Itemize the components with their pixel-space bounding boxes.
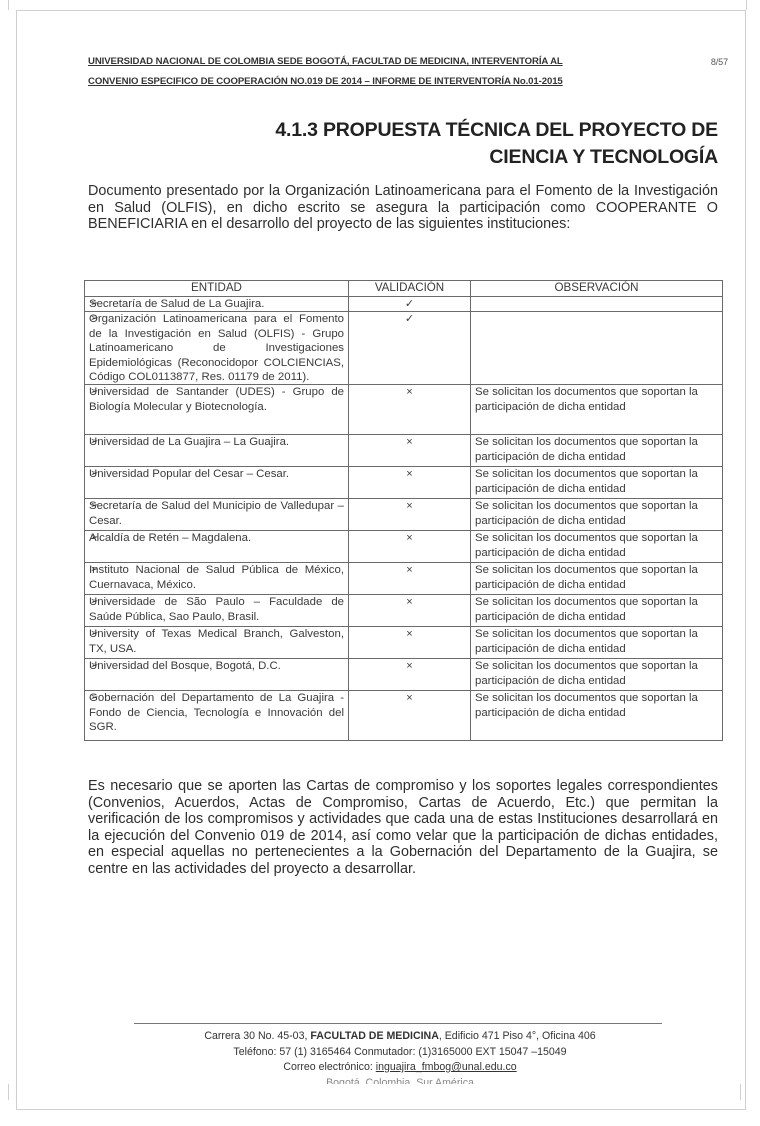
- arrow-bullet-icon: ➢: [90, 312, 98, 326]
- cross-icon: ×: [349, 563, 471, 595]
- cell-entidad: ➢Universidad del Bosque, Bogotá, D.C.: [85, 659, 349, 691]
- arrow-bullet-icon: ➢: [90, 435, 98, 449]
- column-header-entidad: ENTIDAD: [85, 281, 349, 297]
- cross-icon: ×: [349, 435, 471, 467]
- table-row: ➢Organización Latinoamericana para el Fo…: [85, 312, 723, 385]
- footer-city: Bogotá, Colombia, Sur América: [100, 1076, 700, 1084]
- section-title: 4.1.3 PROPUESTA TÉCNICA DEL PROYECTO DE …: [118, 117, 718, 171]
- entidad-text: Instituto Nacional de Salud Pública de M…: [89, 564, 344, 590]
- header-line-1: UNIVERSIDAD NACIONAL DE COLOMBIA SEDE BO…: [88, 52, 728, 72]
- cross-icon: ×: [349, 467, 471, 499]
- table-row: ➢Instituto Nacional de Salud Pública de …: [85, 563, 723, 595]
- header-line-2: CONVENIO ESPECIFICO DE COOPERACIÓN NO.01…: [88, 72, 728, 92]
- cell-observacion: Se solicitan los documentos que soportan…: [471, 595, 723, 627]
- cell-observacion: Se solicitan los documentos que soportan…: [471, 385, 723, 435]
- footer-email-line: Correo electrónico: inguajira_fmbog@unal…: [100, 1060, 700, 1076]
- checkmark-icon: ✓: [349, 297, 471, 312]
- column-header-validacion: VALIDACIÓN: [349, 281, 471, 297]
- checkmark-icon: ✓: [349, 312, 471, 385]
- cell-observacion: Se solicitan los documentos que soportan…: [471, 435, 723, 467]
- table-row: ➢Universidade de São Paulo – Faculdade d…: [85, 595, 723, 627]
- section-title-line-2: CIENCIA Y TECNOLOGÍA: [118, 144, 718, 171]
- cell-observacion: Se solicitan los documentos que soportan…: [471, 627, 723, 659]
- entidad-text: Universidad de La Guajira – La Guajira.: [89, 436, 289, 448]
- crop-mark-bottom-right: [740, 1084, 741, 1100]
- cell-entidad: ➢Alcaldía de Retén – Magdalena.: [85, 531, 349, 563]
- cross-icon: ×: [349, 499, 471, 531]
- cell-observacion: Se solicitan los documentos que soportan…: [471, 563, 723, 595]
- address-building: , Edificio 471 Piso 4°, Oficina 406: [439, 1030, 596, 1042]
- footer-address: Carrera 30 No. 45-03, FACULTAD DE MEDICI…: [100, 1029, 700, 1045]
- table-row: ➢Universidad del Bosque, Bogotá, D.C.×Se…: [85, 659, 723, 691]
- table-row: ➢Secretaría de Salud del Municipio de Va…: [85, 499, 723, 531]
- cell-observacion: [471, 312, 723, 385]
- cell-entidad: ➢Universidade de São Paulo – Faculdade d…: [85, 595, 349, 627]
- table-row: ➢Gobernación del Departamento de La Guaj…: [85, 691, 723, 741]
- crop-mark-top-left: [8, 0, 9, 10]
- footer-phone: Teléfono: 57 (1) 3165464 Conmutador: (1)…: [100, 1045, 700, 1061]
- table-row: ➢Universidad de Santander (UDES) - Grupo…: [85, 385, 723, 435]
- cross-icon: ×: [349, 659, 471, 691]
- entidad-text: Universidad del Bosque, Bogotá, D.C.: [89, 660, 281, 672]
- arrow-bullet-icon: ➢: [90, 627, 98, 641]
- entidad-text: Secretaría de Salud de La Guajira.: [89, 298, 264, 310]
- email-link[interactable]: inguajira_fmbog@unal.edu.co: [376, 1061, 517, 1073]
- entidad-text: University of Texas Medical Branch, Galv…: [89, 628, 344, 654]
- cell-entidad: ➢Secretaría de Salud del Municipio de Va…: [85, 499, 349, 531]
- entidad-text: Universidade de São Paulo – Faculdade de…: [89, 596, 344, 622]
- column-header-observacion: OBSERVACIÓN: [471, 281, 723, 297]
- entities-table: ENTIDAD VALIDACIÓN OBSERVACIÓN ➢Secretar…: [84, 280, 723, 741]
- faculty-name: FACULTAD DE MEDICINA: [310, 1030, 439, 1042]
- intro-paragraph: Documento presentado por la Organización…: [88, 183, 718, 233]
- cell-observacion: Se solicitan los documentos que soportan…: [471, 499, 723, 531]
- table-row: ➢Alcaldía de Retén – Magdalena.×Se solic…: [85, 531, 723, 563]
- cell-entidad: ➢Universidad Popular del Cesar – Cesar.: [85, 467, 349, 499]
- arrow-bullet-icon: ➢: [90, 659, 98, 673]
- cell-observacion: Se solicitan los documentos que soportan…: [471, 467, 723, 499]
- arrow-bullet-icon: ➢: [90, 691, 98, 705]
- closing-paragraph: Es necesario que se aporten las Cartas d…: [88, 778, 718, 878]
- crop-mark-top-right: [746, 0, 747, 10]
- arrow-bullet-icon: ➢: [90, 385, 98, 399]
- entidad-text: Organización Latinoamericana para el Fom…: [89, 313, 344, 383]
- cross-icon: ×: [349, 691, 471, 741]
- cell-entidad: ➢Gobernación del Departamento de La Guaj…: [85, 691, 349, 741]
- cell-observacion: Se solicitan los documentos que soportan…: [471, 659, 723, 691]
- cross-icon: ×: [349, 531, 471, 563]
- page-number: 8/57: [711, 52, 728, 72]
- arrow-bullet-icon: ➢: [90, 563, 98, 577]
- cell-entidad: ➢Universidad de La Guajira – La Guajira.: [85, 435, 349, 467]
- crop-mark-bottom-left: [8, 1084, 9, 1100]
- arrow-bullet-icon: ➢: [90, 595, 98, 609]
- address-text: Carrera 30 No. 45-03,: [204, 1030, 310, 1042]
- entidad-text: Universidad Popular del Cesar – Cesar.: [89, 468, 289, 480]
- entidad-text: Alcaldía de Retén – Magdalena.: [89, 532, 251, 544]
- cell-observacion: Se solicitan los documentos que soportan…: [471, 531, 723, 563]
- cell-entidad: ➢Instituto Nacional de Salud Pública de …: [85, 563, 349, 595]
- cell-entidad: ➢University of Texas Medical Branch, Gal…: [85, 627, 349, 659]
- cross-icon: ×: [349, 385, 471, 435]
- cross-icon: ×: [349, 595, 471, 627]
- entidad-text: Gobernación del Departamento de La Guaji…: [89, 692, 344, 733]
- arrow-bullet-icon: ➢: [90, 531, 98, 545]
- cell-entidad: ➢Universidad de Santander (UDES) - Grupo…: [85, 385, 349, 435]
- cell-observacion: Se solicitan los documentos que soportan…: [471, 691, 723, 741]
- document-header: UNIVERSIDAD NACIONAL DE COLOMBIA SEDE BO…: [88, 52, 728, 92]
- email-label: Correo electrónico:: [283, 1061, 375, 1073]
- table-header-row: ENTIDAD VALIDACIÓN OBSERVACIÓN: [85, 281, 723, 297]
- document-footer: Carrera 30 No. 45-03, FACULTAD DE MEDICI…: [100, 1029, 700, 1084]
- table-row: ➢Universidad de La Guajira – La Guajira.…: [85, 435, 723, 467]
- table-row: ➢University of Texas Medical Branch, Gal…: [85, 627, 723, 659]
- footer-divider: [134, 1023, 662, 1024]
- table-row: ➢Universidad Popular del Cesar – Cesar.×…: [85, 467, 723, 499]
- entidad-text: Secretaría de Salud del Municipio de Val…: [89, 500, 344, 526]
- table-row: ➢Secretaría de Salud de La Guajira.✓: [85, 297, 723, 312]
- section-title-line-1: 4.1.3 PROPUESTA TÉCNICA DEL PROYECTO DE: [118, 117, 718, 144]
- cross-icon: ×: [349, 627, 471, 659]
- cell-entidad: ➢Secretaría de Salud de La Guajira.: [85, 297, 349, 312]
- cell-entidad: ➢Organización Latinoamericana para el Fo…: [85, 312, 349, 385]
- cell-observacion: [471, 297, 723, 312]
- arrow-bullet-icon: ➢: [90, 297, 98, 311]
- arrow-bullet-icon: ➢: [90, 467, 98, 481]
- arrow-bullet-icon: ➢: [90, 499, 98, 513]
- entidad-text: Universidad de Santander (UDES) - Grupo …: [89, 386, 344, 412]
